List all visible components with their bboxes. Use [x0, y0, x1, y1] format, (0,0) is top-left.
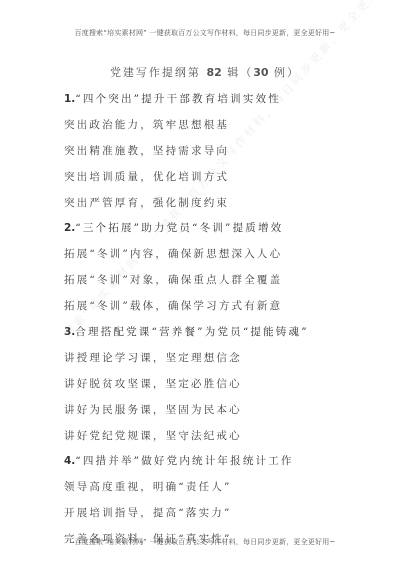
section-index: 1. — [64, 93, 75, 105]
title-prefix: 党建写作提纲第 — [110, 66, 207, 79]
outline-item: 拓展“冬训”内容，确保新思想深入人心 — [64, 242, 364, 268]
title-suffix: 例） — [269, 66, 301, 79]
outline-item: 开展培训指导，提高“落实力” — [64, 501, 364, 527]
outline-item: 突出严管厚育，强化制度约束 — [64, 191, 364, 217]
outline-item: 讲好为民服务课，坚固为民本心 — [64, 398, 364, 424]
outline-item: 突出精准施教，坚持需求导向 — [64, 139, 364, 165]
outline-item: 讲好党纪党规课，坚守法纪戒心 — [64, 424, 364, 450]
section-heading: 2.“三个拓展”助力党员“冬训”提质增效 — [64, 216, 364, 242]
outline-item: 突出培训质量，优化培训方式 — [64, 165, 364, 191]
footer-banner: 百度搜索“培实素材网” 一键获取百万公文写作材料，每日同步更新，更全更好用~ — [0, 537, 410, 547]
outline-item: 领导高度重视，明确“责任人” — [64, 475, 364, 501]
section-index: 4. — [64, 455, 75, 467]
title-middle: 辑（ — [222, 66, 254, 79]
section-heading: 4.“四措并举”做好党内统计年报统计工作 — [64, 449, 364, 475]
outline-item: 拓展“冬训”对象，确保重点人群全覆盖 — [64, 268, 364, 294]
outline-item: 讲好脱贫攻坚课，坚定必胜信心 — [64, 372, 364, 398]
section-heading-text: “四措并举”做好党内统计年报统计工作 — [75, 455, 293, 467]
section-heading-text: 合理搭配党课“营养餐”为党员“提能铸魂” — [75, 326, 308, 338]
document-title: 党建写作提纲第 82 辑（30 例） — [0, 64, 410, 80]
title-issue-number: 82 — [206, 66, 221, 79]
document-page: 百度搜索“培实素材网” 一键获取百万公文写作材料，每日同步更新，更全更好用~ 党… — [0, 0, 410, 580]
outline-item: 拓展“冬训”载体，确保学习方式有新意 — [64, 294, 364, 320]
title-example-count: 30 — [253, 66, 268, 79]
outline-item: 讲授理论学习课，坚定理想信念 — [64, 346, 364, 372]
section-heading: 1.“四个突出”提升干部教育培训实效性 — [64, 87, 364, 113]
section-index: 3. — [64, 326, 75, 338]
outline-item: 突出政治能力，筑牢思想根基 — [64, 113, 364, 139]
outline-content: 1.“四个突出”提升干部教育培训实效性 突出政治能力，筑牢思想根基 突出精准施教… — [64, 87, 364, 553]
section-heading-text: “四个突出”提升干部教育培训实效性 — [75, 93, 281, 105]
section-heading: 3.合理搭配党课“营养餐”为党员“提能铸魂” — [64, 320, 364, 346]
section-heading-text: “三个拓展”助力党员“冬训”提质增效 — [75, 222, 283, 234]
section-index: 2. — [64, 222, 75, 234]
header-banner: 百度搜索“培实素材网” 一键获取百万公文写作材料，每日同步更新，更全更好用~ — [0, 28, 410, 38]
